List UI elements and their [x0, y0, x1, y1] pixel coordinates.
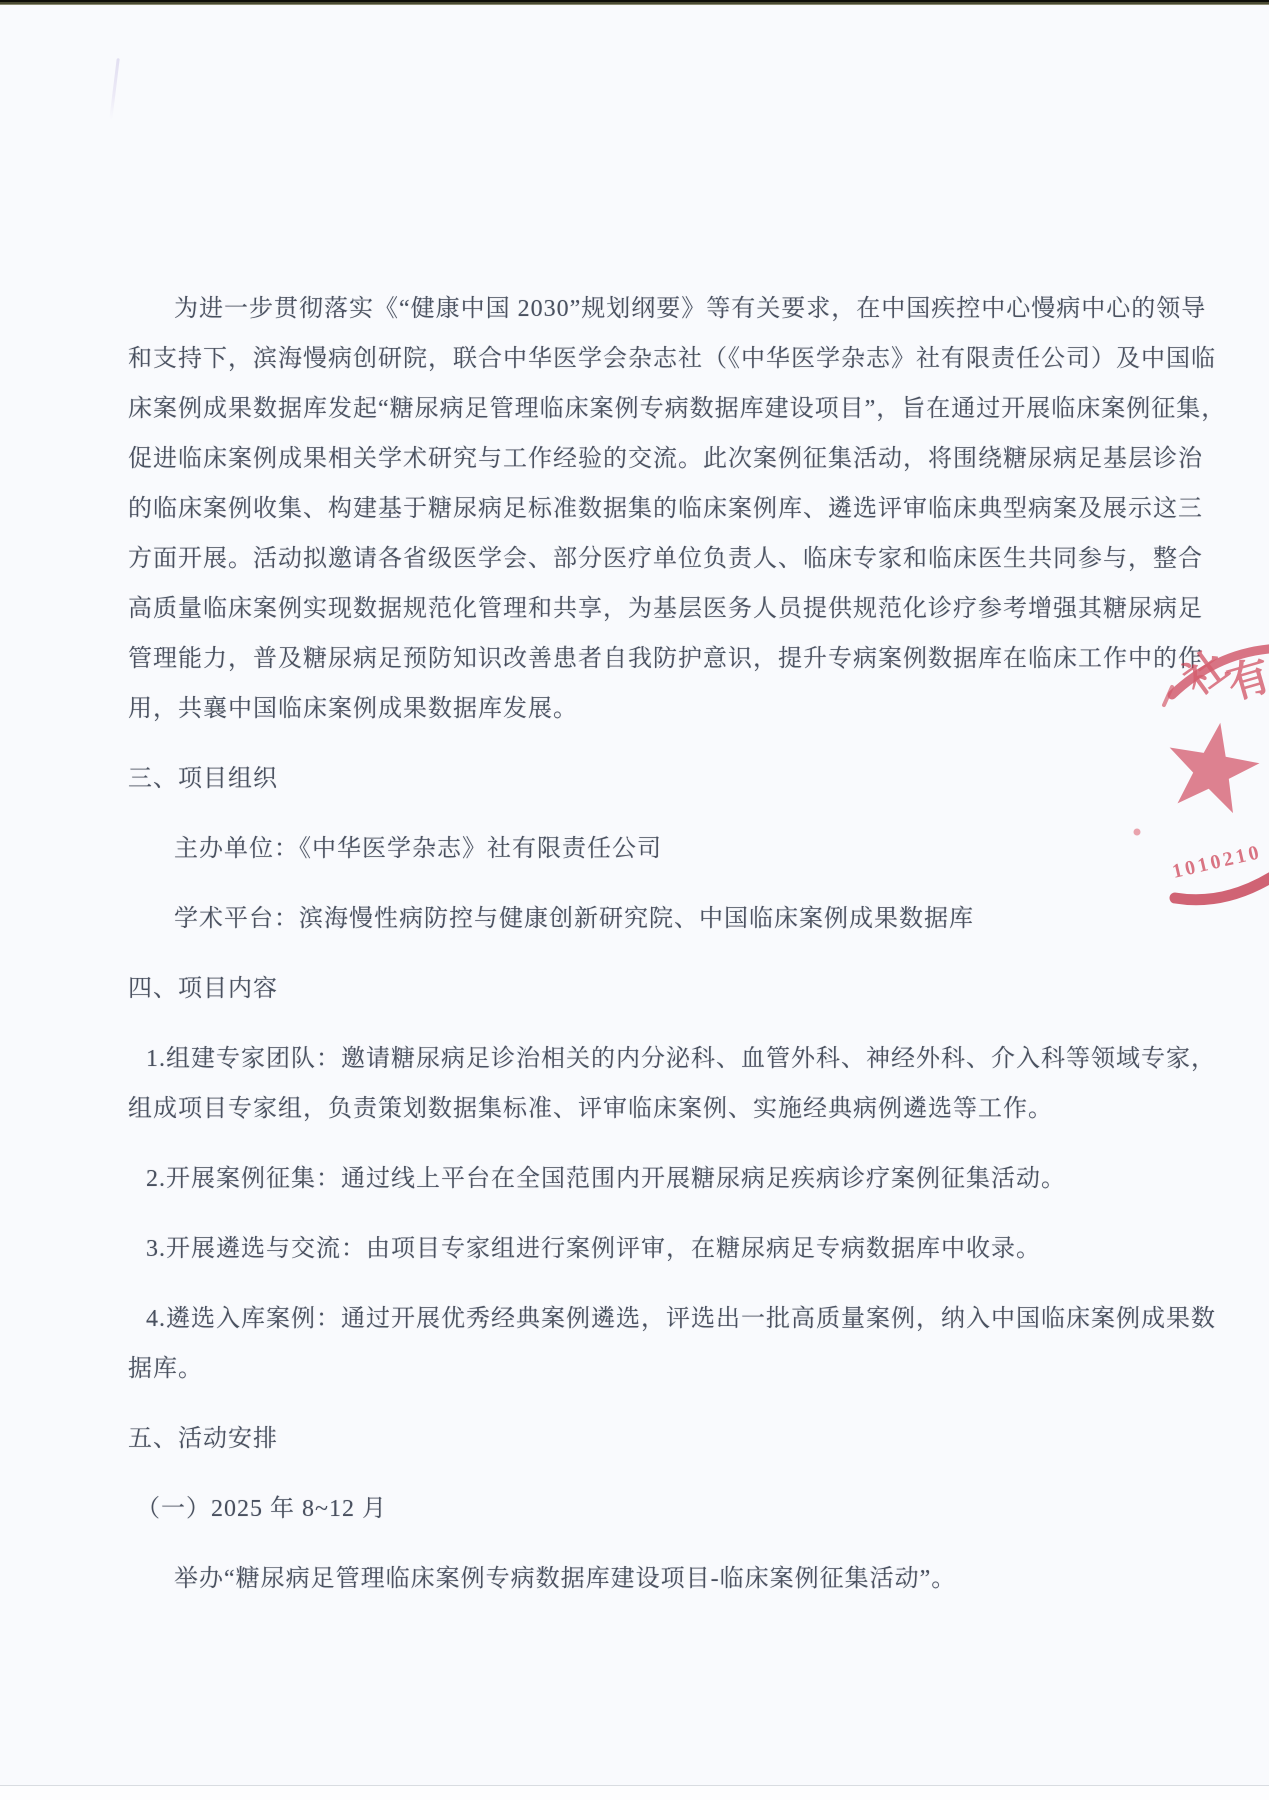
- intro-line-2: 和支持下，滨海慢病创研院，联合中华医学会杂志社（《中华医学杂志》社有限责任公司）…: [128, 334, 1158, 384]
- content-item-1-line-1: 1.组建专家团队：邀请糖尿病足诊治相关的内分泌科、血管外科、神经外科、介入科等领…: [128, 1034, 1158, 1084]
- intro-line-8: 管理能力，普及糖尿病足预防知识改善患者自我防护意识，提升专病案例数据库在临床工作…: [128, 634, 1158, 684]
- intro-line-3: 床案例成果数据库发起“糖尿病足管理临床案例专病数据库建设项目”，旨在通过开展临床…: [128, 384, 1158, 434]
- content-item-4-line-2: 据库。: [128, 1344, 1158, 1394]
- content-item-4-line-1: 4.遴选入库案例：通过开展优秀经典案例遴选，评选出一批高质量案例，纳入中国临床案…: [128, 1294, 1158, 1344]
- document-content: 为进一步贯彻落实《“健康中国 2030”规划纲要》等有关要求，在中国疾控中心慢病…: [128, 284, 1158, 1624]
- content-item-1-line-2: 组成项目专家组，负责策划数据集标准、评审临床案例、实施经典病例遴选等工作。: [128, 1084, 1158, 1134]
- seal-serial-number: 1010210: [1170, 841, 1264, 883]
- org-host-line: 主办单位：《中华医学杂志》社有限责任公司: [128, 824, 1158, 874]
- page-bottom-strip: [0, 1786, 1269, 1800]
- intro-paragraph: 为进一步贯彻落实《“健康中国 2030”规划纲要》等有关要求，在中国疾控中心慢病…: [128, 284, 1158, 734]
- schedule-period-line: （一）2025 年 8~12 月: [128, 1484, 1158, 1534]
- seal-ink-fleck: [1134, 829, 1141, 836]
- scan-crease-mark: [109, 58, 120, 120]
- content-item-2-line-1: 2.开展案例征集：通过线上平台在全国范围内开展糖尿病足疾病诊疗案例征集活动。: [128, 1154, 1158, 1204]
- intro-line-9: 用，共襄中国临床案例成果数据库发展。: [128, 684, 1158, 734]
- content-item-4: 4.遴选入库案例：通过开展优秀经典案例遴选，评选出一批高质量案例，纳入中国临床案…: [128, 1294, 1158, 1394]
- schedule-detail-line: 举办“糖尿病足管理临床案例专病数据库建设项目-临床案例征集活动”。: [128, 1554, 1158, 1604]
- seal-star-icon: [1170, 723, 1260, 813]
- intro-line-7: 高质量临床案例实现数据规范化管理和共享，为基层医务人员提供规范化诊疗参考增强其糖…: [128, 584, 1158, 634]
- org-platform-line: 学术平台：滨海慢性病防控与健康创新研究院、中国临床案例成果数据库: [128, 894, 1158, 944]
- official-seal-stamp: 社 有 限 1010210: [1130, 615, 1269, 935]
- page-top-border: [0, 0, 1269, 5]
- content-item-3-line-1: 3.开展遴选与交流：由项目专家组进行案例评审，在糖尿病足专病数据库中收录。: [128, 1224, 1158, 1274]
- intro-line-6: 方面开展。活动拟邀请各省级医学会、部分医疗单位负责人、临床专家和临床医生共同参与…: [128, 534, 1158, 584]
- content-item-1: 1.组建专家团队：邀请糖尿病足诊治相关的内分泌科、血管外科、神经外科、介入科等领…: [128, 1034, 1158, 1134]
- section-heading-organization: 三、项目组织: [128, 754, 1158, 804]
- intro-line-4: 促进临床案例成果相关学术研究与工作经验的交流。此次案例征集活动，将围绕糖尿病足基…: [128, 434, 1158, 484]
- intro-line-1: 为进一步贯彻落实《“健康中国 2030”规划纲要》等有关要求，在中国疾控中心慢病…: [128, 284, 1158, 334]
- content-item-3: 3.开展遴选与交流：由项目专家组进行案例评审，在糖尿病足专病数据库中收录。: [128, 1224, 1158, 1274]
- content-item-2: 2.开展案例征集：通过线上平台在全国范围内开展糖尿病足疾病诊疗案例征集活动。: [128, 1154, 1158, 1204]
- section-heading-content: 四、项目内容: [128, 964, 1158, 1014]
- section-heading-schedule: 五、活动安排: [128, 1414, 1158, 1464]
- intro-line-5: 的临床案例收集、构建基于糖尿病足标准数据集的临床案例库、遴选评审临床典型病案及展…: [128, 484, 1158, 534]
